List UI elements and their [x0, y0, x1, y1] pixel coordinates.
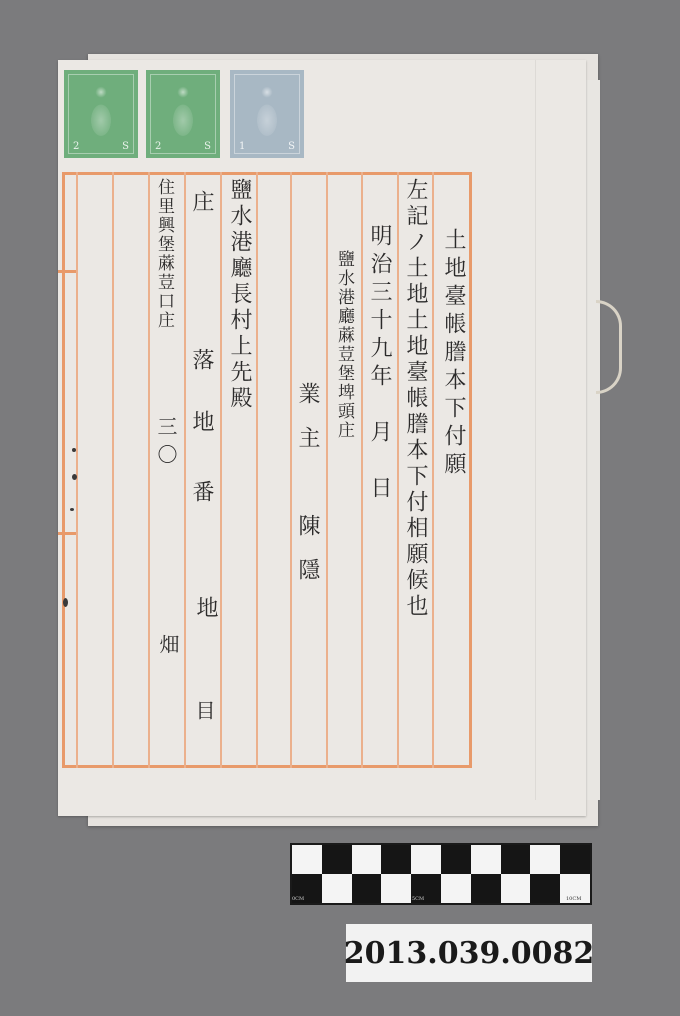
date-line: 明治三十九年 月 日 [364, 224, 395, 504]
rule-line [220, 172, 222, 768]
rule-line [432, 172, 434, 768]
scale-label-0cm: 0CM [292, 896, 304, 902]
ink-speck [72, 448, 76, 452]
revenue-stamp-2sen: 2 S [146, 70, 220, 158]
rule-line [397, 172, 399, 768]
stamp-unit: S [122, 141, 129, 152]
revenue-stamp-2sen: 2 S [64, 70, 138, 158]
header-di: 地 [186, 410, 217, 436]
binding-string [596, 300, 622, 394]
request-statement: 左記ノ土地土地臺帳謄本下付相願候也 [400, 178, 431, 620]
header-category: 目 [190, 700, 219, 724]
ink-speck [70, 508, 74, 511]
revenue-stamp-1sen: 1 S [230, 70, 304, 158]
scale-label-10cm: 10CM [566, 896, 581, 902]
ink-speck [63, 598, 68, 607]
margin-tick [58, 532, 76, 535]
accession-number-label: 2013.039.0082 [346, 924, 592, 982]
addressee: 鹽水港廳長村上先殿 [224, 178, 255, 412]
header-zhuang: 庄 [186, 190, 217, 216]
rule-line [76, 172, 78, 768]
stamp-emblem-icon: 1 S [234, 74, 300, 154]
stamp-unit: S [288, 141, 295, 152]
stamp-unit: S [204, 141, 211, 152]
applicant-address: 鹽水港廳蔴荳堡埤頭庄 [332, 250, 357, 440]
margin-tick [58, 270, 76, 273]
header-land: 地 [190, 596, 221, 622]
stamp-value: 1 [239, 141, 245, 152]
header-fan: 番 [186, 480, 217, 506]
ink-speck [72, 474, 77, 480]
land-type: 畑 [154, 634, 183, 658]
stamp-emblem-icon: 2 S [68, 74, 134, 154]
applicant-name: 業主 陳隱 [292, 382, 323, 602]
stamp-value: 2 [155, 141, 161, 152]
rule-line [112, 172, 114, 768]
rule-line [326, 172, 328, 768]
lot-number: 三〇 [152, 416, 181, 472]
residence-address: 住里興堡蔴荳口庄 [152, 178, 177, 330]
scale-bar [290, 843, 592, 905]
rule-line [148, 172, 150, 768]
scale-label-5cm: 5CM [412, 896, 424, 902]
stamp-value: 2 [73, 141, 79, 152]
document-title: 土地臺帳謄本下付願 [438, 228, 469, 480]
header-luo: 落 [186, 348, 217, 374]
paper-fold [535, 60, 536, 800]
rule-line [184, 172, 186, 768]
rule-line [256, 172, 258, 768]
stamp-emblem-icon: 2 S [150, 74, 216, 154]
rule-line [361, 172, 363, 768]
